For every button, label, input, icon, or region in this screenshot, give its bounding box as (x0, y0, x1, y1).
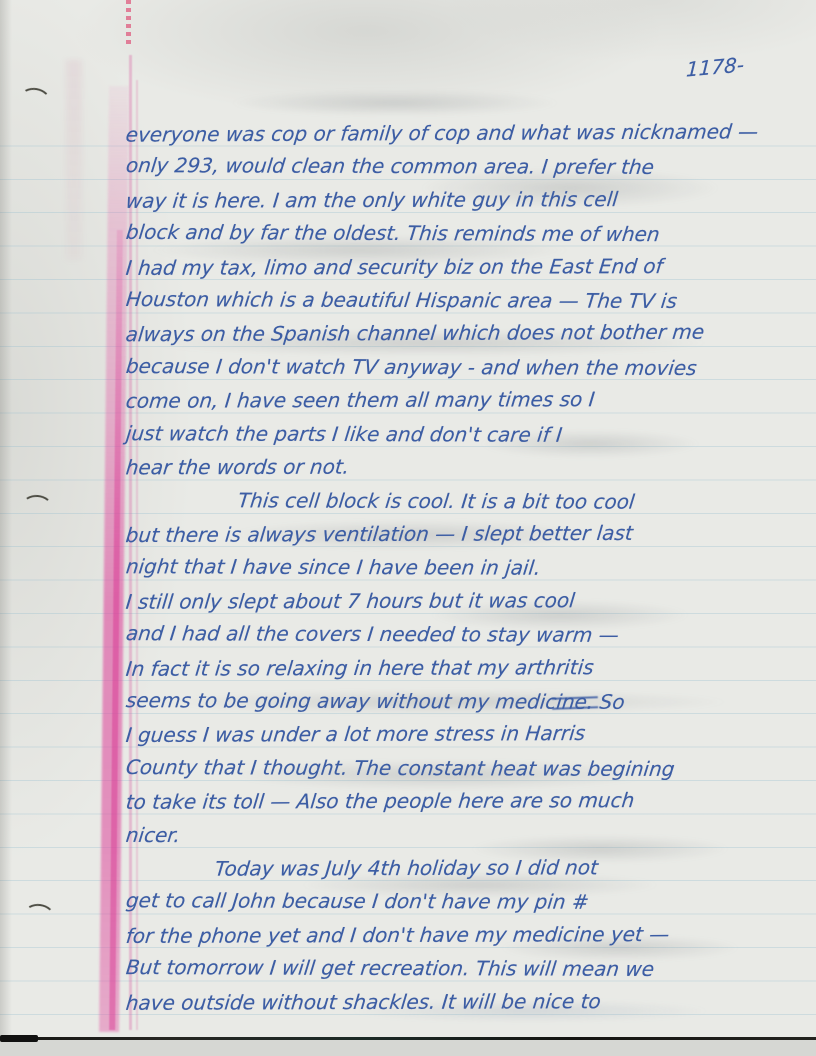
letter-line: just watch the parts I like and don't ca… (125, 420, 564, 448)
pink-smear (66, 60, 82, 260)
letter-line: County that I thought. The constant heat… (125, 754, 676, 782)
letter-line: nicer. (125, 822, 182, 848)
letter-line: I still only slept about 7 hours but it … (125, 587, 577, 615)
scan-edge-left (0, 0, 12, 1041)
letter-line: This cell block is cool. It is a bit too… (237, 487, 636, 514)
letter-line: to take its toll — Also the people here … (125, 787, 636, 815)
letter-line: block and by far the oldest. This remind… (125, 219, 661, 247)
letter-line: Today was July 4th holiday so I did not (214, 854, 600, 881)
letter-line: everyone was cop or family of cop and wh… (125, 118, 760, 147)
hole-punch (18, 86, 51, 112)
letter-line: Houston which is a beautiful Hispanic ar… (125, 286, 679, 314)
letter-line: night that I have since I have been in j… (125, 553, 542, 580)
letter-page: 1178- everyone was cop or family of cop … (0, 0, 816, 1041)
hole-punch (23, 902, 55, 927)
page-number: 1178- (685, 52, 744, 81)
letter-line: and I had all the covers I needed to sta… (125, 620, 621, 648)
scanner-bed (0, 1040, 816, 1056)
scan-edge-corner-mark (0, 1035, 38, 1042)
hole-punch (21, 494, 52, 518)
letter-line: seems to be going away without my medici… (125, 687, 626, 715)
letter-line: come on, I have seen them all many times… (125, 386, 596, 414)
letter-line: have outside without shackles. It will b… (125, 988, 603, 1016)
letter-line: hear the words or not. (125, 454, 351, 481)
letter-line: way it is here. I am the only white guy … (125, 186, 620, 214)
letter-line: In fact it is so relaxing in here that m… (125, 654, 595, 682)
margin-line-top-dashes (126, 0, 131, 48)
letter-line: always on the Spanish channel which does… (125, 319, 706, 348)
letter-line: get to call John because I don't have my… (125, 887, 591, 915)
letter-line: because I don't watch TV anyway - and wh… (125, 353, 698, 381)
scratched-out-word (552, 696, 598, 710)
letter-line: I had my tax, limo and security biz on t… (125, 253, 665, 281)
letter-line: but there is always ventilation — I slep… (125, 520, 635, 548)
scan-edge-bottom (0, 1037, 816, 1040)
ink-bleed-smudge (230, 90, 560, 116)
letter-line: for the phone yet and I don't have my me… (125, 921, 671, 949)
letter-line: I guess I was under a lot more stress in… (125, 720, 587, 748)
letter-line: only 293, would clean the common area. I… (125, 152, 656, 180)
letter-line: But tomorrow I will get recreation. This… (125, 954, 656, 982)
